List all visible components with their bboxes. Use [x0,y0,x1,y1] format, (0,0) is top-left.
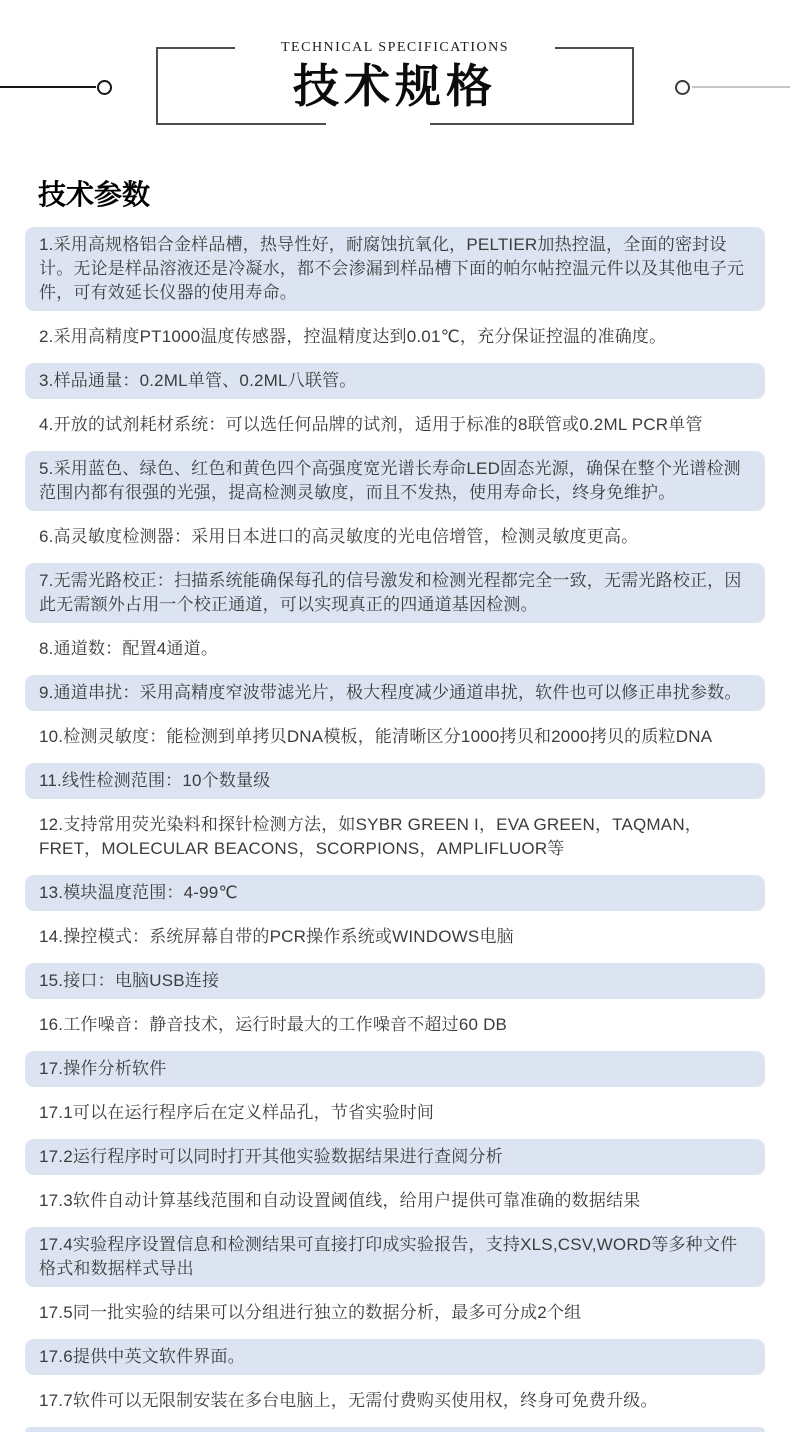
section-title: 技术参数 [38,178,790,212]
spec-item: 17.6提供中英文软件界面。 [25,1339,765,1375]
spec-item: 17.4实验程序设置信息和检测结果可直接打印成实验报告，支持XLS,CSV,WO… [25,1227,765,1287]
spec-item: 3.样品通量：0.2ML单管、0.2ML八联管。 [25,363,765,399]
spec-item: 4.开放的试剂耗材系统：可以选任何品牌的试剂，适用于标准的8联管或0.2ML P… [25,407,765,443]
partial-next-row [25,1427,765,1432]
header-title: 技术规格 [158,57,632,115]
spec-item: 13.模块温度范围：4-99℃ [25,875,765,911]
spec-item: 17.1可以在运行程序后在定义样品孔，节省实验时间 [25,1095,765,1131]
spec-item: 9.通道串扰：采用高精度窄波带滤光片，极大程度减少通道串扰，软件也可以修正串扰参… [25,675,765,711]
spec-item: 17.操作分析软件 [25,1051,765,1087]
spec-item: 17.5同一批实验的结果可以分组进行独立的数据分析，最多可分成2个组 [25,1295,765,1331]
spec-item: 8.通道数：配置4通道。 [25,631,765,667]
spec-item: 5.采用蓝色、绿色、红色和黄色四个高强度宽光谱长寿命LED固态光源，确保在整个光… [25,451,765,511]
spec-item: 7.无需光路校正：扫描系统能确保每孔的信号激发和检测光程都完全一致，无需光路校正… [25,563,765,623]
left-divider-line [0,86,96,88]
right-divider-circle [675,80,690,95]
spec-item: 17.7软件可以无限制安装在多台电脑上，无需付费购买使用权，终身可免费升级。 [25,1383,765,1419]
spec-item: 10.检测灵敏度：能检测到单拷贝DNA模板，能清晰区分1000拷贝和2000拷贝… [25,719,765,755]
spec-item: 17.2运行程序时可以同时打开其他实验数据结果进行查阅分析 [25,1139,765,1175]
spec-item: 1.采用高规格铝合金样品槽，热导性好，耐腐蚀抗氧化，PELTIER加热控温，全面… [25,227,765,311]
header: TECHNICAL SPECIFICATIONS 技术规格 [0,0,790,125]
spec-item: 15.接口：电脑USB连接 [25,963,765,999]
spec-list: 1.采用高规格铝合金样品槽，热导性好，耐腐蚀抗氧化，PELTIER加热控温，全面… [25,227,765,1432]
right-divider-line [692,86,790,88]
spec-item: 17.3软件自动计算基线范围和自动设置阈值线，给用户提供可靠准确的数据结果 [25,1183,765,1219]
spec-item: 6.高灵敏度检测器：采用日本进口的高灵敏度的光电倍增管，检测灵敏度更高。 [25,519,765,555]
header-subtitle: TECHNICAL SPECIFICATIONS [235,40,555,56]
left-divider-circle [97,80,112,95]
title-box: TECHNICAL SPECIFICATIONS 技术规格 [156,47,634,125]
spec-item: 14.操控模式：系统屏幕自带的PCR操作系统或WINDOWS电脑 [25,919,765,955]
spec-item: 12.支持常用荧光染料和探针检测方法，如SYBR GREEN I，EVA GRE… [25,807,765,867]
spec-item: 2.采用高精度PT1000温度传感器，控温精度达到0.01℃，充分保证控温的准确… [25,319,765,355]
border-bottom-gap [326,122,430,125]
spec-item: 16.工作噪音：静音技术，运行时最大的工作噪音不超过60 DB [25,1007,765,1043]
spec-item: 11.线性检测范围：10个数量级 [25,763,765,799]
page: TECHNICAL SPECIFICATIONS 技术规格 技术参数 1.采用高… [0,0,790,1444]
